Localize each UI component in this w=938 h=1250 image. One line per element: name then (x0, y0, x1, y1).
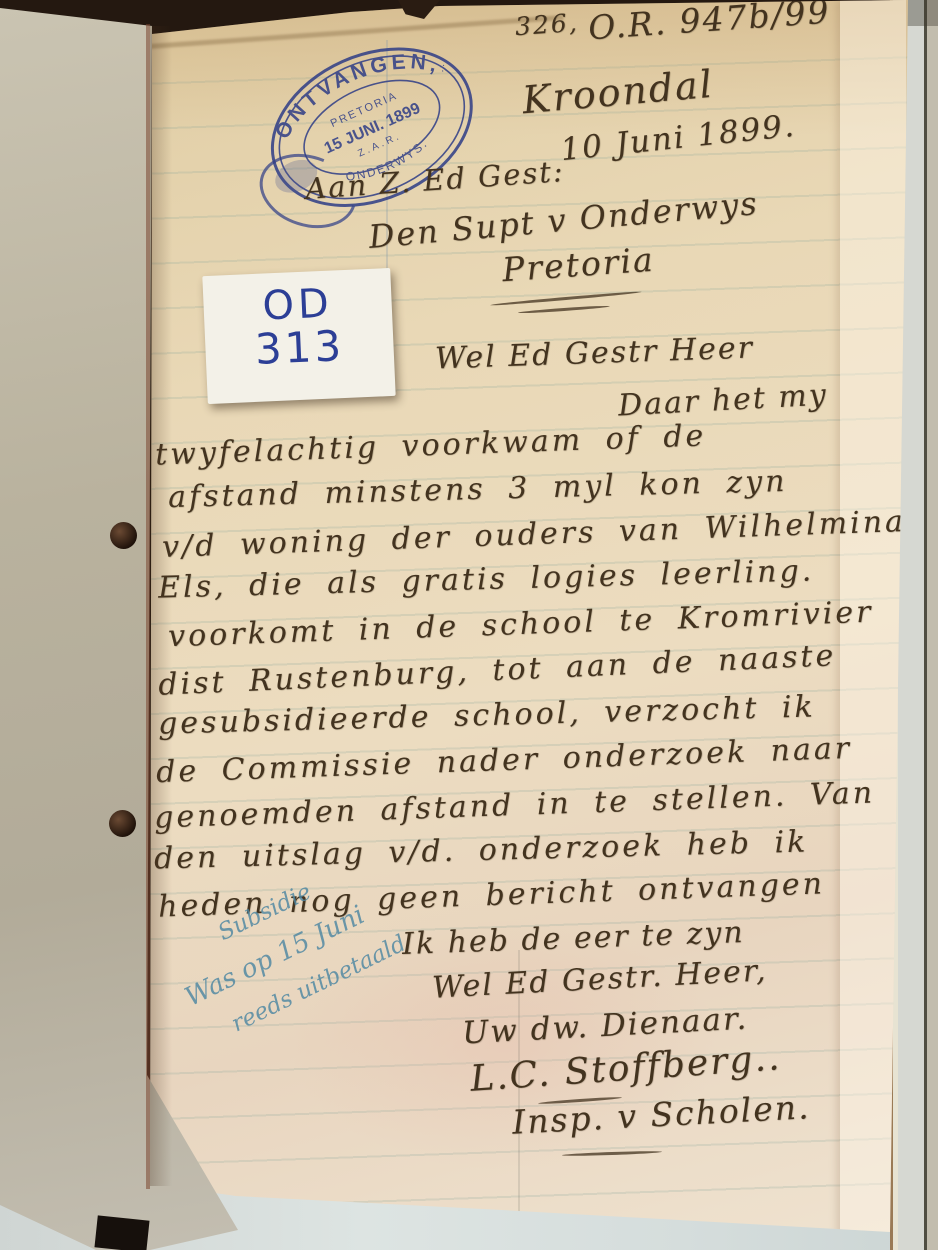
archive-label-number: 313 (205, 322, 395, 374)
page-edge-shadow (150, 26, 172, 1186)
letter-page: 326, O.R. 947b/99 Kroondal 10 Juni 1899.… (140, 0, 908, 1250)
punch-hole-top (110, 522, 137, 549)
archive-label: OD 313 (202, 268, 395, 404)
photo: { "colors": { "paper": "#e9d8b6", "ink":… (0, 0, 938, 1250)
folio-number: 326, (514, 8, 580, 41)
punch-hole-bottom (109, 810, 136, 837)
dark-gap-bottom (94, 1215, 149, 1250)
